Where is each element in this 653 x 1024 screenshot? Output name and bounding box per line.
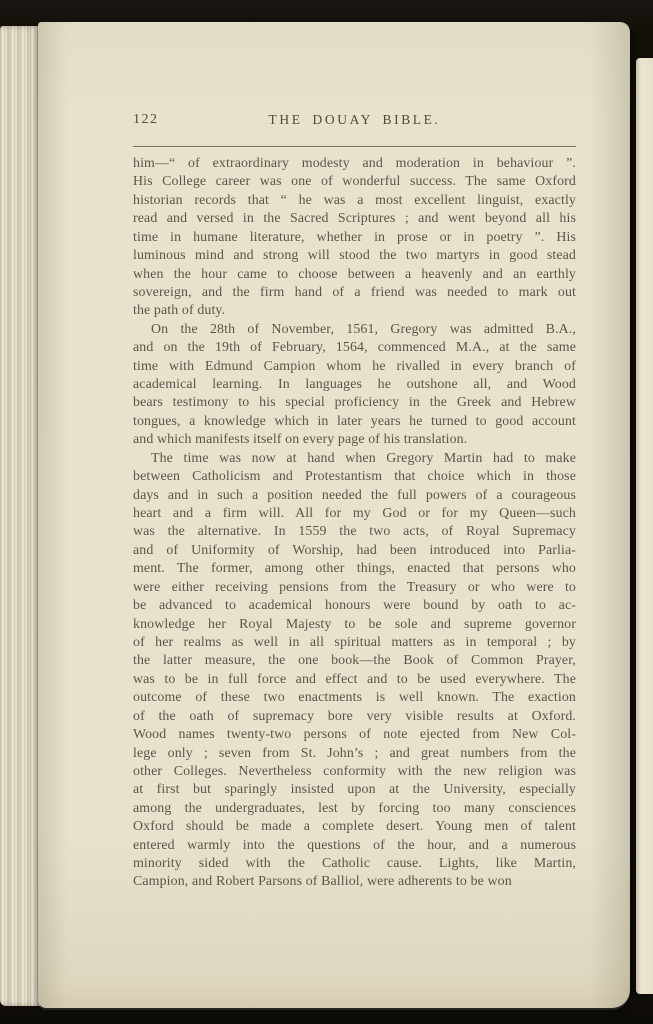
text-line: heart and a firm will. All for my God or… [133, 505, 576, 523]
page-body: him—“ of extraordinary modesty and moder… [133, 155, 576, 892]
text-line: time with Edmund Campion whom he rivalle… [133, 358, 576, 376]
text-line: be advanced to academical honours were b… [133, 597, 576, 615]
text-line: him—“ of extraordinary modesty and moder… [133, 155, 576, 173]
text-line: The time was now at hand when Gregory Ma… [133, 450, 576, 468]
text-line: when the hour came to choose between a h… [133, 266, 576, 284]
text-line: bears testimony to his special proficien… [133, 394, 576, 412]
text-line: days and in such a position needed the f… [133, 487, 576, 505]
text-line: were either receiving pensions from the … [133, 579, 576, 597]
text-line: sovereign, and the firm hand of a friend… [133, 284, 576, 302]
text-line: academical learning. In languages he out… [133, 376, 576, 394]
text-line: Oxford should be made a complete desert.… [133, 818, 576, 836]
text-line: was the alternative. In 1559 the two act… [133, 523, 576, 541]
text-line: was to be in full force and effect and t… [133, 671, 576, 689]
text-line: minority sided with the Catholic cause. … [133, 855, 576, 873]
text-line: His College career was one of wonderful … [133, 173, 576, 191]
text-line: time in humane literature, whether in pr… [133, 229, 576, 247]
text-line: lege only ; seven from St. John’s ; and … [133, 745, 576, 763]
text-line: at first but sparingly insisted upon at … [133, 781, 576, 799]
text-line: and on the 19th of February, 1564, comme… [133, 339, 576, 357]
text-line: knowledge her Royal Majesty to be sole a… [133, 616, 576, 634]
book-page: 122 THE DOUAY BIBLE. him—“ of extraordin… [38, 22, 630, 1008]
text-line: tongues, a knowledge which in later year… [133, 413, 576, 431]
text-line: historian records that “ he was a most e… [133, 192, 576, 210]
text-line: outcome of these two enactments is well … [133, 689, 576, 707]
text-line: between Catholicism and Protestantism th… [133, 468, 576, 486]
book-scan-scene: 122 THE DOUAY BIBLE. him—“ of extraordin… [0, 0, 653, 1024]
text-line: among the undergraduates, lest by forcin… [133, 800, 576, 818]
next-page-edge [636, 58, 653, 994]
text-line: entered warmly into the questions of the… [133, 837, 576, 855]
text-line: read and versed in the Sacred Scriptures… [133, 210, 576, 228]
text-line: and of Uniformity of Worship, had been i… [133, 542, 576, 560]
text-line: other Colleges. Nevertheless conformity … [133, 763, 576, 781]
page-header: 122 THE DOUAY BIBLE. [133, 112, 576, 132]
text-line: Wood names twenty-two persons of note ej… [133, 726, 576, 744]
text-line: Campion, and Robert Parsons of Balliol, … [133, 873, 576, 891]
text-line: luminous mind and strong will stood the … [133, 247, 576, 265]
text-line: of the oath of supremacy bore very visib… [133, 708, 576, 726]
text-line: On the 28th of November, 1561, Gregory w… [133, 321, 576, 339]
page-edges-left [0, 26, 40, 1006]
text-line: and which manifests itself on every page… [133, 431, 576, 449]
text-line: of her realms as well in all spiritual m… [133, 634, 576, 652]
text-line: the latter measure, the one book—the Boo… [133, 652, 576, 670]
header-rule [133, 146, 576, 147]
text-line: ment. The former, among other things, en… [133, 560, 576, 578]
text-line: the path of duty. [133, 302, 576, 320]
running-title: THE DOUAY BIBLE. [133, 112, 576, 128]
